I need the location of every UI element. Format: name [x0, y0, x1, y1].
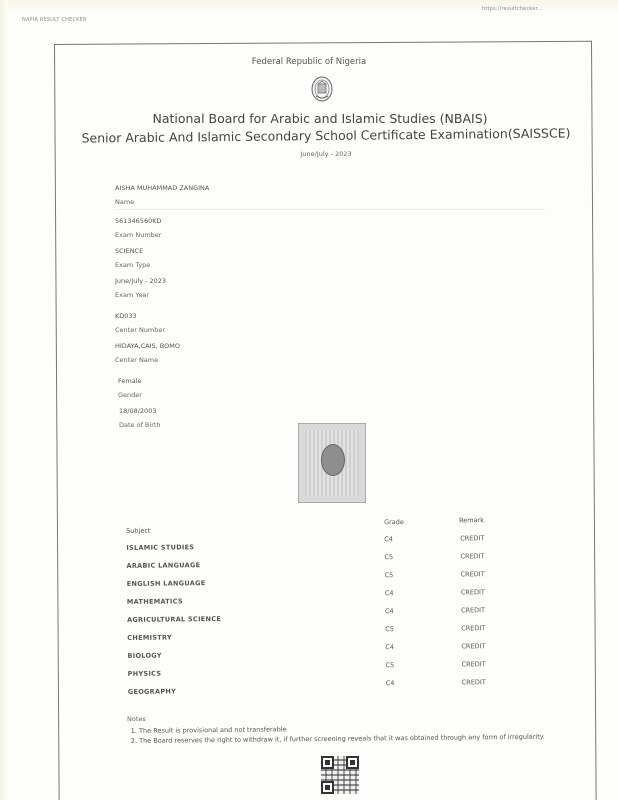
remark-cell: CREDIT — [461, 606, 485, 614]
field-name: AISHA MUHAMMAD ZANGINA Name — [115, 184, 555, 210]
grade-cell: C4 — [384, 535, 393, 543]
subject-cell: ARABIC LANGUAGE — [126, 561, 200, 570]
field-exam-type: SCIENCE Exam Type — [115, 247, 555, 270]
subject-cell: BIOLOGY — [127, 652, 161, 660]
subject-header: Subject — [126, 527, 150, 535]
board-name: National Board for Arabic and Islamic St… — [0, 111, 618, 126]
grade-cell: C4 — [386, 679, 395, 687]
exam-type-label: Exam Type — [115, 260, 555, 270]
exam-type-value: SCIENCE — [115, 247, 555, 256]
subject-cell: CHEMISTRY — [127, 633, 172, 641]
grade-cell: C4 — [385, 643, 394, 651]
gender-label: Gender — [118, 390, 555, 400]
grade-cell: C4 — [385, 607, 394, 615]
exam-year-value: June/July - 2023 — [115, 277, 555, 286]
field-exam-year: June/July - 2023 Exam Year — [115, 277, 555, 300]
photo-portrait — [321, 444, 345, 476]
verification-qr-code-icon — [321, 756, 359, 794]
field-center-name: HIDAYA,CAIS, BOMO Center Name — [115, 342, 555, 365]
divider — [115, 209, 545, 210]
nbais-crest-icon — [311, 76, 333, 102]
grade-cell: C5 — [384, 553, 393, 561]
remark-cell: CREDIT — [461, 588, 485, 596]
center-name-value: HIDAYA,CAIS, BOMO — [115, 342, 555, 351]
qr-finder — [321, 781, 334, 794]
exam-number-label: Exam Number — [115, 230, 555, 240]
field-gender: Female Gender — [118, 377, 555, 400]
remark-cell: CREDIT — [462, 660, 486, 668]
notes-section: Notes The Result is provisional and not … — [127, 715, 547, 747]
grade-cell: C5 — [385, 571, 394, 579]
remark-cell: CREDIT — [460, 552, 484, 560]
remark-cell: CREDIT — [461, 642, 485, 650]
grade-header: Grade — [384, 518, 404, 526]
results-table-body: ISLAMIC STUDIESC4CREDITARABIC LANGUAGEC5… — [120, 534, 542, 700]
subject-cell: MATHEMATICS — [127, 597, 183, 606]
subject-cell: ISLAMIC STUDIES — [126, 543, 194, 552]
qr-finder — [346, 756, 359, 769]
subject-cell: PHYSICS — [128, 670, 162, 678]
subject-cell: ENGLISH LANGUAGE — [127, 579, 206, 588]
exam-number-value: 561346560KD — [115, 217, 555, 226]
field-exam-number: 561346560KD Exam Number — [115, 217, 555, 240]
grade-cell: C5 — [386, 661, 395, 669]
scan-mark-top-left: NAPIA RESULT CHECKER — [22, 17, 87, 23]
notes-list: The Result is provisional and not transf… — [127, 723, 547, 745]
qr-finder — [321, 756, 334, 769]
remark-cell: CREDIT — [462, 678, 486, 686]
country-name: Federal Republic of Nigeria — [0, 57, 618, 67]
candidate-info: AISHA MUHAMMAD ZANGINA Name 561346560KD … — [115, 184, 555, 437]
subject-cell: AGRICULTURAL SCIENCE — [127, 615, 221, 624]
exam-session: June/July - 2023 — [0, 150, 618, 158]
field-center-number: KD033 Center Number — [115, 312, 555, 335]
notes-title: Notes — [127, 715, 547, 723]
remark-cell: CREDIT — [461, 624, 485, 632]
scan-mark-top-right: https://resultchecker... — [482, 6, 543, 12]
center-name-label: Center Name — [115, 355, 555, 365]
exam-year-label: Exam Year — [115, 290, 555, 300]
grade-cell: C5 — [385, 625, 394, 633]
remark-header: Remark — [459, 516, 484, 524]
center-number-label: Center Number — [115, 325, 555, 335]
name-label: Name — [115, 197, 555, 207]
note-item: The Board reserves the right to withdraw… — [139, 733, 547, 745]
subject-cell: GEOGRAPHY — [128, 687, 176, 696]
remark-cell: CREDIT — [460, 534, 484, 542]
grade-cell: C4 — [385, 589, 394, 597]
remark-cell: CREDIT — [461, 570, 485, 578]
name-value: AISHA MUHAMMAD ZANGINA — [115, 184, 555, 193]
results-table: Subject Grade Remark ISLAMIC STUDIESC4CR… — [120, 514, 542, 700]
gender-value: Female — [118, 377, 555, 386]
dob-value: 18/08/2003 — [119, 407, 555, 416]
candidate-photo — [298, 423, 366, 503]
center-number-value: KD033 — [115, 312, 555, 321]
